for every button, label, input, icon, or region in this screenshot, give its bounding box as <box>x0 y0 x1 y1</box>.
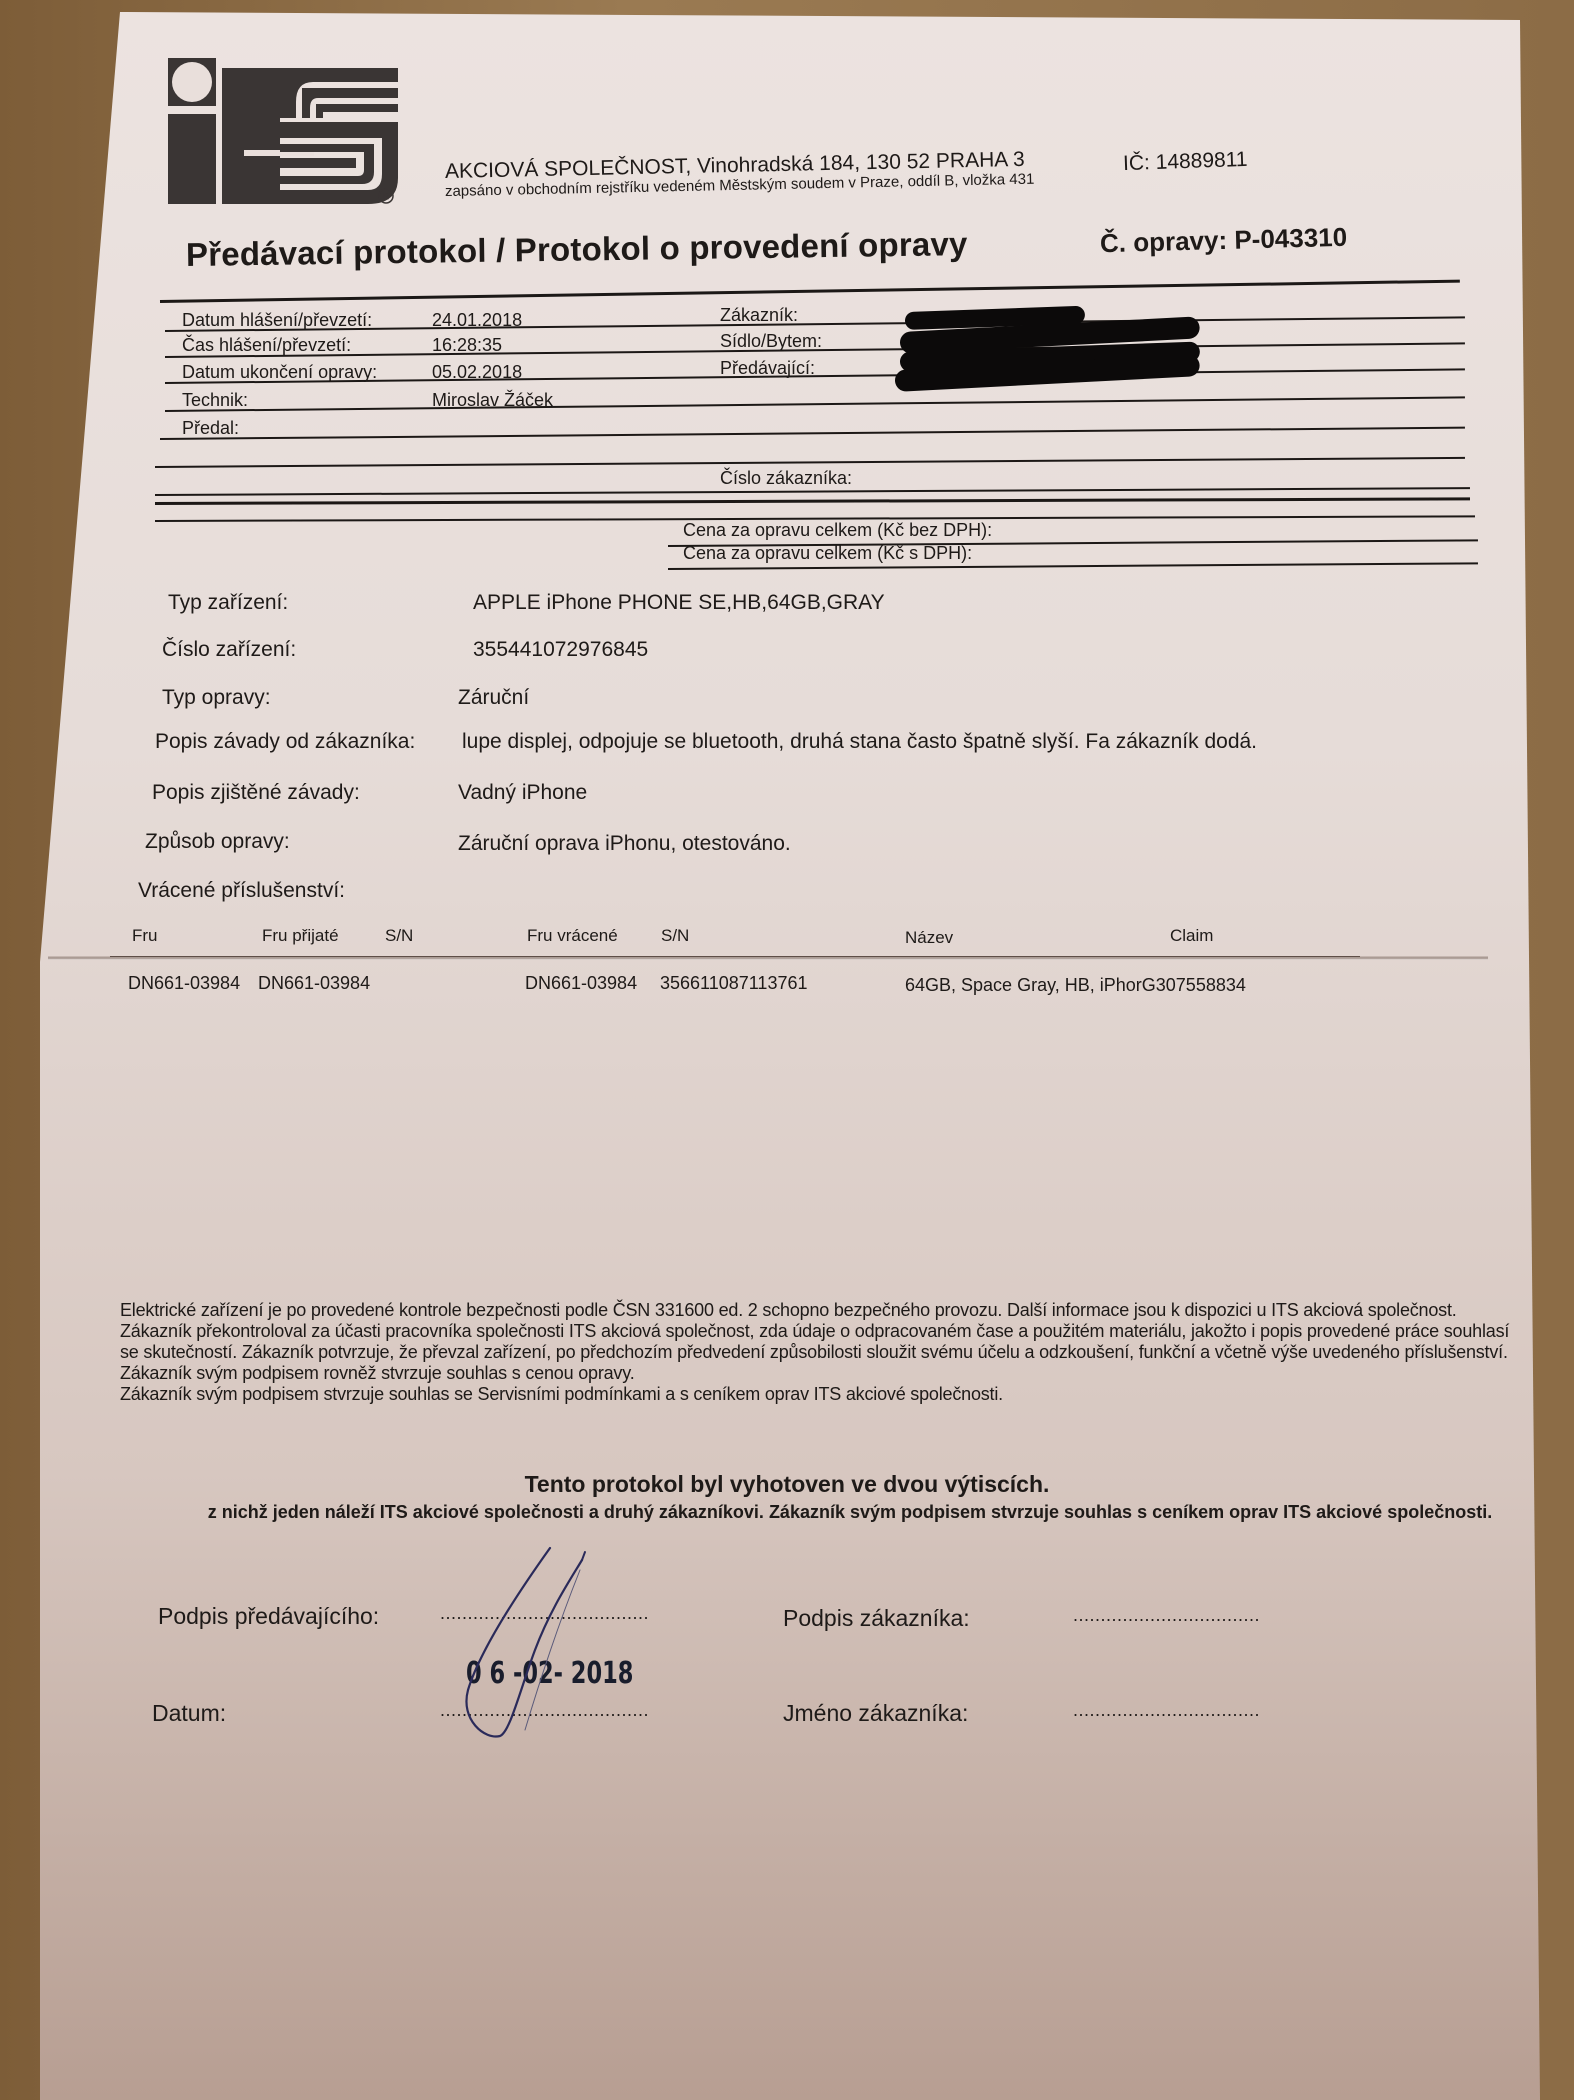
col-header-sn-returned: S/N <box>661 926 689 946</box>
label-returned-accessories: Vrácené příslušenství: <box>138 879 345 903</box>
legal-paragraph: Zákazník překontroloval za účasti pracov… <box>120 1321 1520 1384</box>
col-header-fru-received: Fru přijaté <box>262 926 339 946</box>
label-found-issue: Popis zjištěné závady: <box>152 781 360 805</box>
value-technician: Miroslav Žáček <box>432 390 553 411</box>
cell-fru-received: DN661-03984 <box>258 973 370 994</box>
col-header-claim: Claim <box>1170 926 1213 946</box>
value-repair-method: Záruční oprava iPhonu, otestováno. <box>458 832 791 856</box>
value-report-date: 24.01.2018 <box>432 310 522 331</box>
company-id: IČ: 14889811 <box>1123 148 1248 176</box>
value-device-type: APPLE iPhone PHONE SE,HB,64GB,GRAY <box>473 591 885 615</box>
label-deliverer: Předávající: <box>720 358 815 379</box>
label-report-date: Datum hlášení/převzetí: <box>182 310 372 331</box>
legal-paragraph: Zákazník svým podpisem stvrzuje souhlas … <box>120 1384 1520 1405</box>
cell-name-claim: 64GB, Space Gray, HB, iPhorG307558834 <box>905 975 1246 996</box>
label-device-type: Typ zařízení: <box>168 591 288 615</box>
label-completion-date: Datum ukončení opravy: <box>182 362 377 383</box>
label-handover-signature: Podpis předávajícího: <box>158 1603 379 1630</box>
protocol-note: z nichž jeden náleží ITS akciové společn… <box>170 1500 1530 1524</box>
customer-signature-field[interactable]: .................................. <box>1073 1605 1260 1626</box>
label-date: Datum: <box>152 1700 226 1727</box>
value-customer-issue: lupe displej, odpojuje se bluetooth, dru… <box>462 730 1257 754</box>
label-repair-method: Způsob opravy: <box>145 830 290 854</box>
col-header-sn-received: S/N <box>385 926 413 946</box>
handwritten-signature <box>430 1540 650 1740</box>
label-report-time: Čas hlášení/převzetí: <box>182 335 351 356</box>
cell-fru: DN661-03984 <box>128 973 240 994</box>
its-logo: R <box>168 58 398 208</box>
label-address: Sídlo/Bytem: <box>720 331 822 352</box>
customer-name-field[interactable]: .................................. <box>1073 1700 1260 1721</box>
value-completion-date: 05.02.2018 <box>432 362 522 383</box>
col-header-fru-returned: Fru vrácené <box>527 926 618 946</box>
label-price-without-vat: Cena za opravu celkem (Kč bez DPH): <box>683 520 992 541</box>
legal-text: Elektrické zařízení je po provedené kont… <box>120 1300 1520 1405</box>
col-header-name: Název <box>905 928 953 948</box>
label-price-with-vat: Cena za opravu celkem (Kč s DPH): <box>683 543 972 564</box>
paper-fold <box>48 956 1488 960</box>
col-header-fru: Fru <box>132 926 158 946</box>
cell-fru-returned: DN661-03984 <box>525 973 637 994</box>
label-handed-by: Předal: <box>182 418 239 439</box>
label-device-number: Číslo zařízení: <box>162 638 296 662</box>
legal-paragraph: Elektrické zařízení je po provedené kont… <box>120 1300 1520 1321</box>
svg-text:R: R <box>383 192 390 202</box>
value-report-time: 16:28:35 <box>432 335 502 356</box>
cell-sn-returned: 356611087113761 <box>660 973 808 994</box>
label-technician: Technik: <box>182 390 248 411</box>
label-repair-type: Typ opravy: <box>162 686 271 710</box>
value-repair-type: Záruční <box>458 686 529 710</box>
value-found-issue: Vadný iPhone <box>458 781 587 805</box>
protocol-heading: Tento protokol byl vyhotoven ve dvou výt… <box>0 1471 1574 1498</box>
label-customer-signature: Podpis zákazníka: <box>783 1605 970 1632</box>
label-customer: Zákazník: <box>720 305 798 326</box>
label-customer-name: Jméno zákazníka: <box>783 1700 968 1727</box>
value-device-number: 355441072976845 <box>473 638 648 662</box>
label-customer-number: Číslo zákazníka: <box>720 468 852 489</box>
repair-number: Č. opravy: P-043310 <box>1100 222 1348 259</box>
label-customer-issue: Popis závady od zákazníka: <box>155 730 415 754</box>
